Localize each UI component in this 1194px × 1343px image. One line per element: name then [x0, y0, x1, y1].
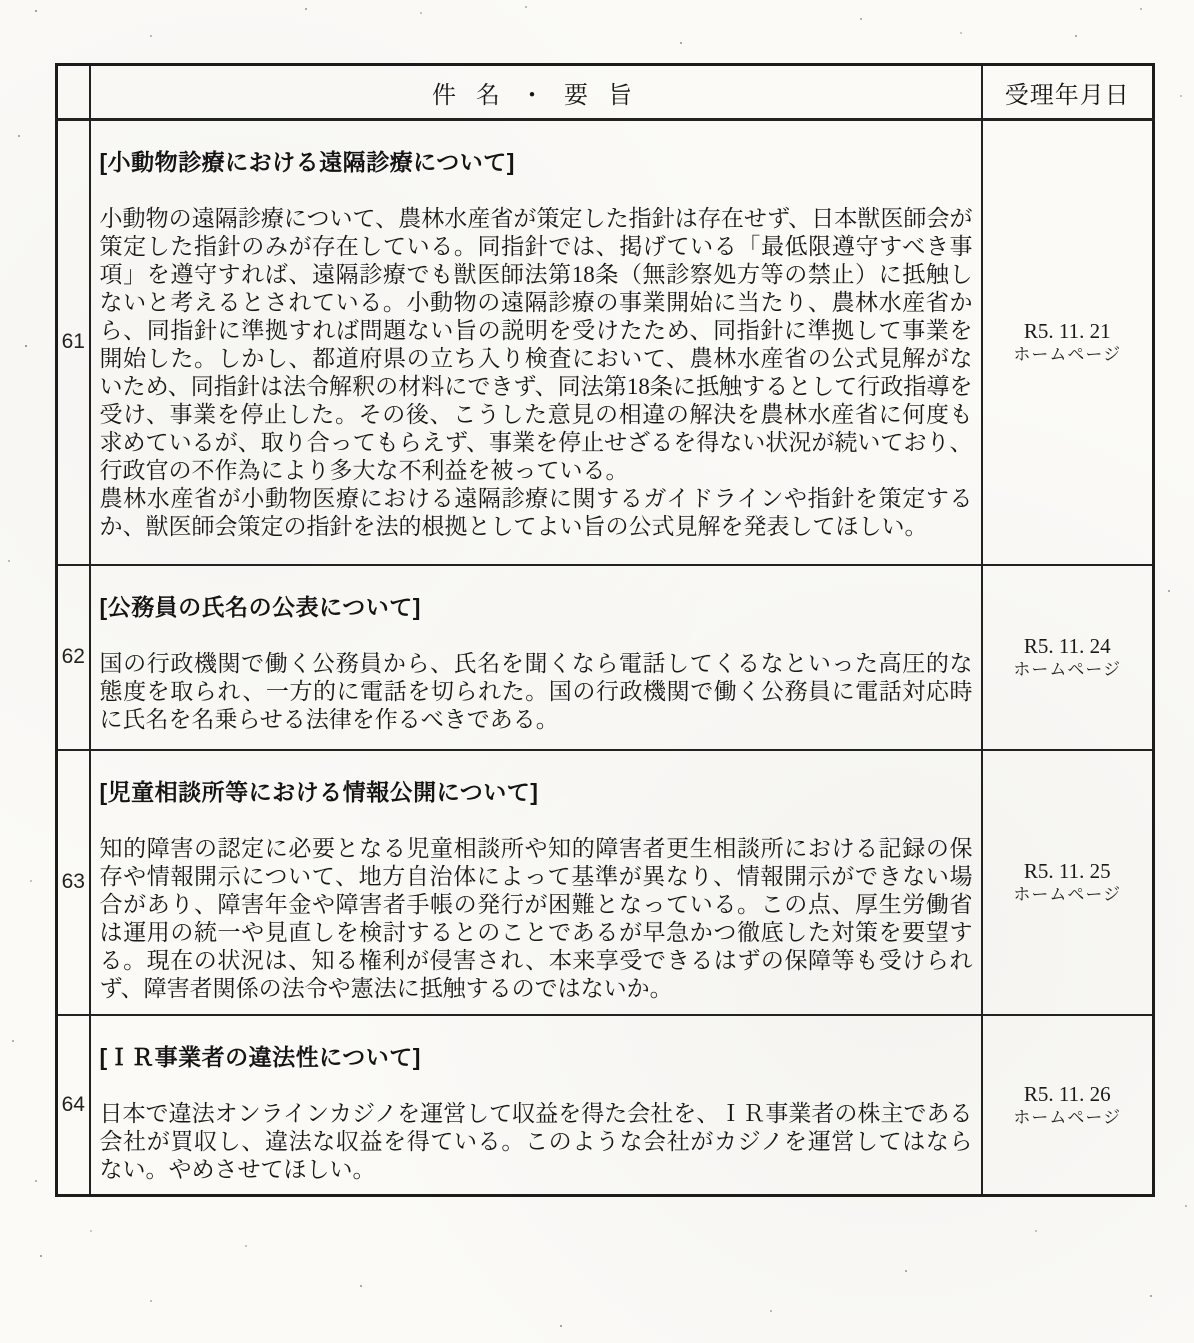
entry-number: 64 [57, 1015, 90, 1196]
entry-subject-cell: [公務員の氏名の公表について] 国の行政機関で働く公務員から、氏名を聞くなら電話… [90, 565, 982, 750]
entry-date-cell: R5. 11. 24 ホームページ [982, 565, 1154, 750]
receipt-source: ホームページ [987, 1107, 1149, 1129]
receipt-source: ホームページ [987, 884, 1149, 906]
receipt-date: R5. 11. 24 [987, 633, 1149, 659]
entry-subject-cell: [児童相談所等における情報公開について] 知的障害の認定に必要となる児童相談所や… [90, 750, 982, 1015]
entry-number: 63 [57, 750, 90, 1015]
receipt-source: ホームページ [987, 659, 1149, 681]
receipt-date: R5. 11. 21 [987, 318, 1149, 344]
entry-title: [公務員の氏名の公表について] [100, 593, 973, 621]
receipt-date: R5. 11. 26 [987, 1081, 1149, 1107]
header-number-cell [57, 65, 90, 120]
entry-body-paragraph: 小動物の遠隔診療について、農林水産省が策定した指針は存在せず、日本獣医師会が策定… [100, 205, 973, 485]
table-row: 61 [小動物診療における遠隔診療について] 小動物の遠隔診療について、農林水産… [57, 120, 1154, 565]
petition-table: 件 名 ・ 要 旨 受理年月日 61 [小動物診療における遠隔診療について] 小… [55, 63, 1155, 1197]
table-row: 64 [ＩＲ事業者の違法性について] 日本で違法オンラインカジノを運営して収益を… [57, 1015, 1154, 1196]
receipt-date: R5. 11. 25 [987, 858, 1149, 884]
entry-subject-cell: [小動物診療における遠隔診療について] 小動物の遠隔診療について、農林水産省が策… [90, 120, 982, 565]
table-row: 63 [児童相談所等における情報公開について] 知的障害の認定に必要となる児童相… [57, 750, 1154, 1015]
scan-noise-speckles [35, 10, 37, 12]
entry-date-cell: R5. 11. 26 ホームページ [982, 1015, 1154, 1196]
entry-title: [児童相談所等における情報公開について] [100, 778, 973, 806]
scanned-document-page: 件 名 ・ 要 旨 受理年月日 61 [小動物診療における遠隔診療について] 小… [0, 0, 1194, 1343]
entry-body-paragraph: 日本で違法オンラインカジノを運営して収益を得た会社を、ＩＲ事業者の株主である会社… [100, 1100, 973, 1184]
entry-body-paragraph: 知的障害の認定に必要となる児童相談所や知的障害者更生相談所における記録の保存や情… [100, 835, 973, 1003]
header-date-label: 受理年月日 [982, 65, 1154, 120]
header-subject-label: 件 名 ・ 要 旨 [90, 65, 982, 120]
entry-body-paragraph: 国の行政機関で働く公務員から、氏名を聞くなら電話してくるなといった高圧的な態度を… [100, 650, 973, 734]
entry-date-cell: R5. 11. 21 ホームページ [982, 120, 1154, 565]
entry-title: [小動物診療における遠隔診療について] [100, 148, 973, 176]
entry-subject-cell: [ＩＲ事業者の違法性について] 日本で違法オンラインカジノを運営して収益を得た会… [90, 1015, 982, 1196]
entry-body-paragraph: 農林水産省が小動物医療における遠隔診療に関するガイドラインや指針を策定するか、獣… [100, 485, 973, 541]
entry-number: 61 [57, 120, 90, 565]
table-header-row: 件 名 ・ 要 旨 受理年月日 [57, 65, 1154, 120]
entry-number: 62 [57, 565, 90, 750]
receipt-source: ホームページ [987, 344, 1149, 366]
table-row: 62 [公務員の氏名の公表について] 国の行政機関で働く公務員から、氏名を聞くな… [57, 565, 1154, 750]
entry-date-cell: R5. 11. 25 ホームページ [982, 750, 1154, 1015]
entry-title: [ＩＲ事業者の違法性について] [100, 1043, 973, 1071]
